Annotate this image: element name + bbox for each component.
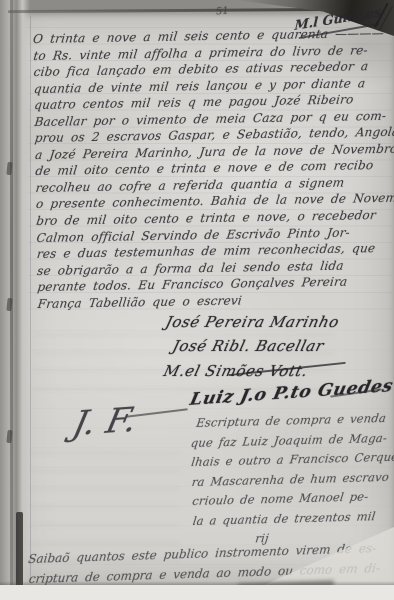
next-page-edge [0,585,394,600]
signature-mel-simoes: M.el Simões Vott. [162,362,310,380]
margin-rule-line [30,16,31,580]
signature-jose-ribl-bacellar: José Ribl. Bacellar [171,337,326,355]
binding-thread [16,512,23,590]
binding-edge [0,0,30,600]
signature-jose-pereira-marinho: José Pereira Marinho [164,313,342,331]
page-number: 51 [216,6,229,18]
main-paragraph: O trinta e nove a mil seis cento e quare… [33,25,394,313]
manuscript-scan: 51 M.l Guim.es O trinta e nove a mil sei… [0,0,394,600]
margin-paraph-jf: J. F. [69,400,140,444]
entry-summary-paragraph: Escriptura de compra e venda que faz Lui… [190,408,394,550]
